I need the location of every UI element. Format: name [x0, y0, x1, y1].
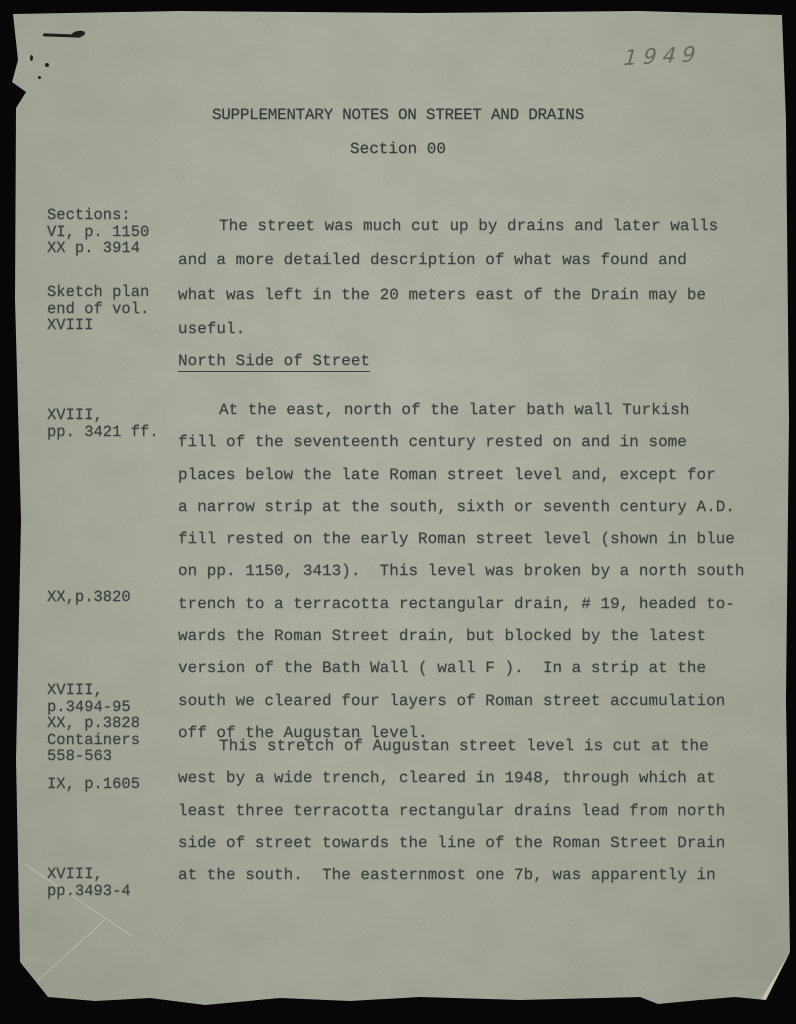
body-line: south we cleared four layers of Roman st… [178, 685, 745, 717]
margin-note-xviii-3493: XVIII, pp.3493-4 [47, 866, 131, 899]
margin-note-sections: Sections: VI, p. 1150 XX p. 3914 [47, 207, 149, 257]
body-line: a narrow strip at the south, sixth or se… [178, 491, 745, 523]
body-line: west by a wide trench, cleared in 1948, … [178, 762, 725, 794]
margin-note-line: p.3494-95 [47, 699, 140, 716]
margin-note-xx-3820: XX,p.3820 [47, 589, 131, 606]
body-line: fill of the seventeenth century rested o… [178, 426, 745, 458]
ink-marks [45, 63, 49, 67]
paper-crease [37, 920, 105, 981]
margin-note-line: VI, p. 1150 [47, 224, 149, 241]
margin-note-line: XVIII, [47, 407, 159, 424]
year-annotation: 1949 [623, 42, 702, 70]
body-line: side of street towards the line of the R… [178, 827, 725, 859]
body-line: what was left in the 20 meters east of t… [178, 278, 718, 312]
section-heading: North Side of Street [178, 352, 370, 372]
body-line: places below the late Roman street level… [178, 459, 745, 491]
margin-note-xviii-3421: XVIII, pp. 3421 ff. [47, 407, 159, 440]
margin-note-containers: XVIII, p.3494-95 XX, p.3828 Containers 5… [47, 682, 140, 765]
margin-note-line: pp.3493-4 [47, 883, 131, 900]
margin-note-line: Containers [47, 732, 140, 749]
body-line: fill rested on the early Roman street le… [178, 523, 745, 555]
body-paragraph-2: At the east, north of the later bath wal… [178, 394, 745, 749]
margin-note-line: XX p. 3914 [47, 240, 149, 257]
body-line: The street was much cut up by drains and… [178, 209, 718, 243]
body-line: version of the Bath Wall ( wall F ). In … [178, 652, 745, 684]
margin-note-line: end of vol. [47, 301, 149, 318]
body-paragraph-1: The street was much cut up by drains and… [178, 209, 718, 347]
folded-corner [758, 950, 792, 1002]
margin-note-line: XVIII [47, 317, 149, 334]
body-line: useful. [178, 312, 718, 346]
body-line: wards the Roman Street drain, but blocke… [178, 620, 745, 652]
body-line: on pp. 1150, 3413). This level was broke… [178, 555, 745, 587]
document-title: SUPPLEMENTARY NOTES ON STREET AND DRAINS [0, 106, 796, 124]
body-paragraph-3: This stretch of Augustan street level is… [178, 730, 725, 891]
body-line: at the south. The easternmost one 7b, wa… [178, 859, 725, 891]
document-subtitle: Section 00 [0, 140, 796, 158]
margin-note-line: XVIII, [47, 682, 140, 699]
margin-note-line: Sketch plan [47, 284, 149, 301]
body-line: At the east, north of the later bath wal… [178, 394, 745, 426]
scan-background: 1949 SUPPLEMENTARY NOTES ON STREET AND D… [0, 0, 796, 1024]
margin-note-line: XX, p.3828 [47, 715, 140, 732]
body-line: and a more detailed description of what … [178, 243, 718, 277]
body-line: This stretch of Augustan street level is… [178, 730, 725, 762]
body-line: trench to a terracotta rectangular drain… [178, 588, 745, 620]
ink-marks [72, 30, 86, 38]
margin-note-line: IX, p.1605 [47, 776, 140, 793]
margin-note-line: pp. 3421 ff. [47, 424, 159, 441]
margin-note-ix-1605: IX, p.1605 [47, 776, 140, 793]
margin-note-sketch-plan: Sketch plan end of vol. XVIII [47, 284, 149, 334]
margin-note-line: XX,p.3820 [47, 589, 131, 606]
body-line: least three terracotta rectangular drain… [178, 795, 725, 827]
ink-marks [38, 76, 41, 79]
margin-note-line: Sections: [47, 207, 149, 224]
margin-note-line: XVIII, [47, 866, 131, 883]
margin-note-line: 558-563 [47, 748, 140, 765]
ink-marks [30, 55, 33, 61]
paper: 1949 SUPPLEMENTARY NOTES ON STREET AND D… [0, 0, 796, 1024]
